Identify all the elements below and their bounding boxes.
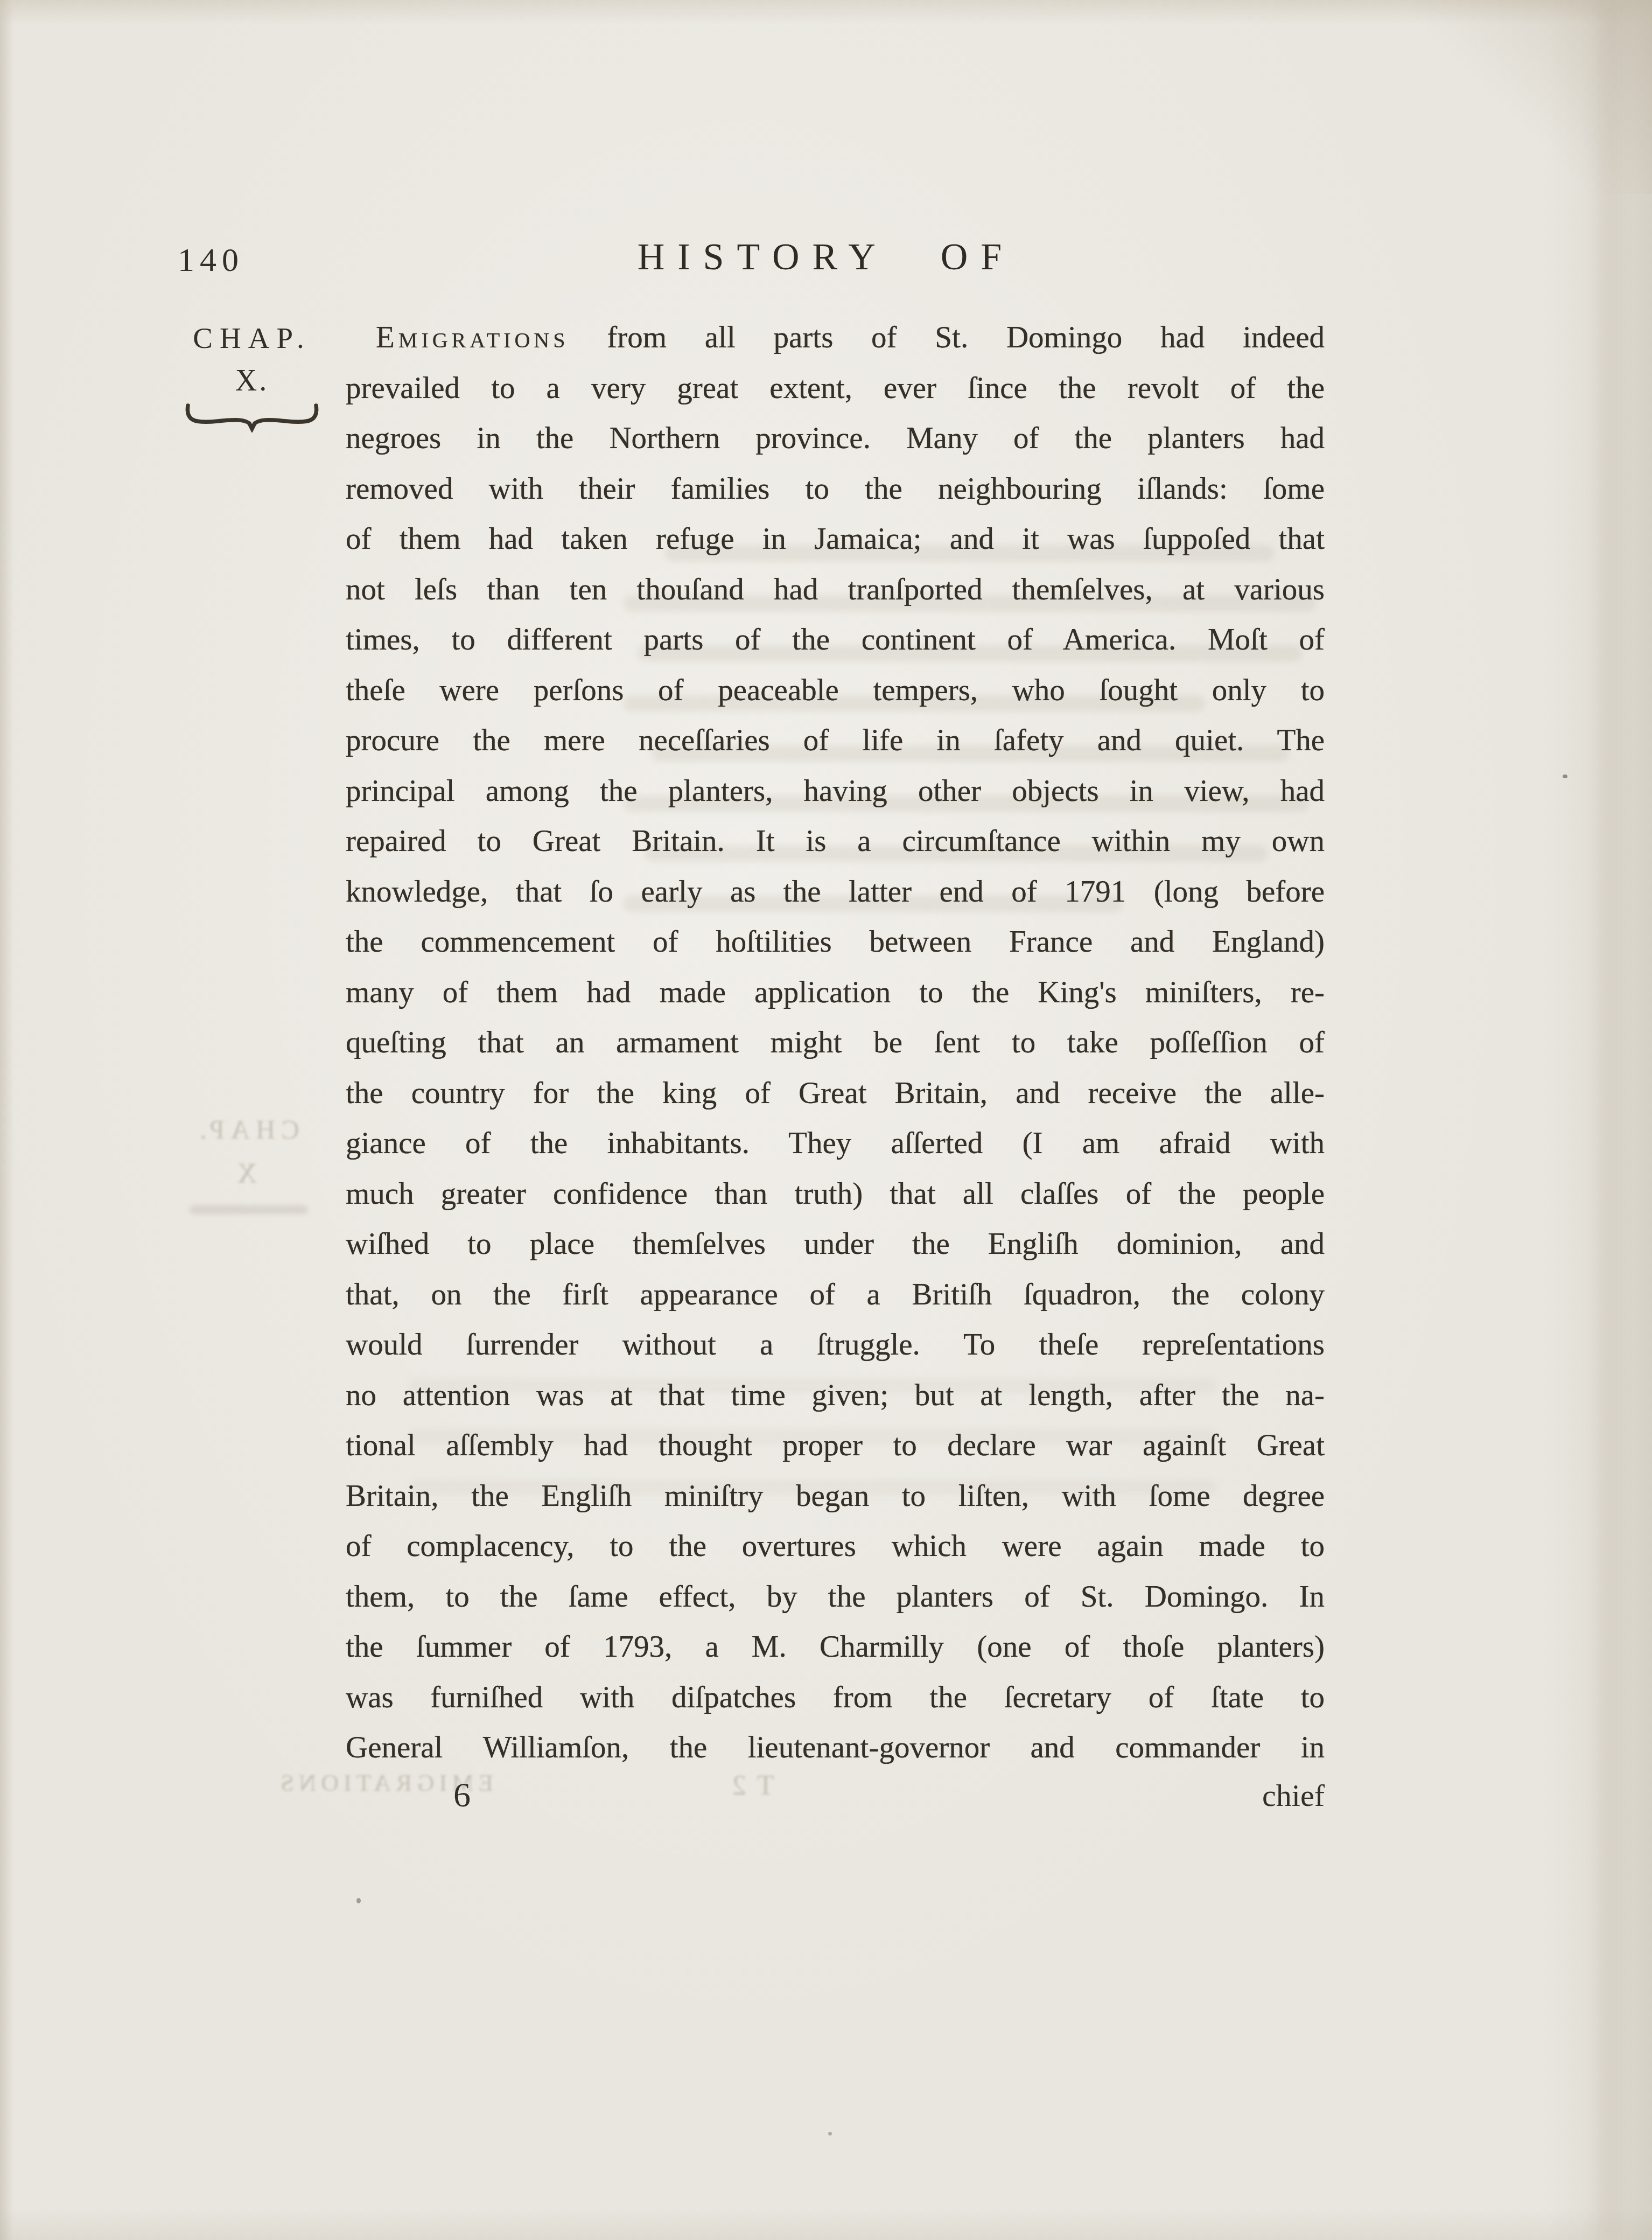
bleedthrough-chapter-note: CHAP. X [175, 1114, 318, 1190]
book-page-scan: 140 HISTORY OF CHAP. X. CHAP. X EMIGRATI… [0, 0, 1652, 2240]
paragraph-lead-rest: from all parts of St. Domingo had indeed [569, 320, 1325, 354]
body-text-line: not leſs than ten thouſand had tranſport… [346, 564, 1325, 615]
body-text-line: no attention was at that time given; but… [346, 1370, 1325, 1421]
body-text-line: removed with their families to the neigh… [346, 464, 1325, 514]
body-text-lines: prevailed to a very great extent, ever ſ… [346, 363, 1325, 1773]
body-text-line: Britain, the Engliſh miniſtry began to l… [346, 1471, 1325, 1522]
body-text-line: would ſurrender without a ſtruggle. To t… [346, 1320, 1325, 1370]
body-text-line: principal among the planters, having oth… [346, 766, 1325, 817]
body-text-line: many of them had made application to the… [346, 967, 1325, 1018]
paragraph-lead-word: Emigrations [376, 320, 569, 354]
body-text-line: the country for the king of Great Britai… [346, 1068, 1325, 1119]
chapter-number: X. [179, 364, 325, 398]
paper-speck [1563, 774, 1567, 778]
body-text-line: procure the mere neceſſaries of life in … [346, 715, 1325, 766]
body-text-line: was furniſhed with diſpatches from the ſ… [346, 1672, 1325, 1723]
body-text-line: wiſhed to place themſelves under the Eng… [346, 1219, 1325, 1269]
body-text-line: of them had taken refuge in Jamaica; and… [346, 514, 1325, 564]
body-text-line: queſting that an armament might be ſent … [346, 1017, 1325, 1068]
body-text-line: times, to different parts of the contine… [346, 615, 1325, 665]
body-text-line: repaired to Great Britain. It is a circu… [346, 816, 1325, 867]
bleedthrough-brace [190, 1205, 308, 1214]
catchword: chief [346, 1777, 1325, 1813]
body-text-line: tional aſſembly had thought proper to de… [346, 1420, 1325, 1471]
body-text: Emigrations from all parts of St. Doming… [346, 312, 1325, 1773]
body-text-line: negroes in the Northern province. Many o… [346, 413, 1325, 464]
chapter-margin-note: CHAP. X. [179, 321, 325, 435]
body-text-line: the commencement of hoſtilities between … [346, 917, 1325, 967]
paper-speck [828, 2132, 832, 2136]
body-text-line: Emigrations from all parts of St. Doming… [346, 312, 1325, 363]
bleedthrough-chapter-number: X [175, 1158, 318, 1190]
running-header: HISTORY OF [0, 236, 1652, 279]
body-text-line: General Williamſon, the lieutenant-gover… [346, 1722, 1325, 1773]
page-edge-shadow [1598, 0, 1622, 2240]
horizontal-brace-icon [179, 399, 325, 435]
body-text-line: them, to the ſame effect, by the planter… [346, 1572, 1325, 1622]
body-text-line: much greater confidence than truth) that… [346, 1169, 1325, 1219]
body-text-line: giance of the inhabitants. They aſſerted… [346, 1118, 1325, 1169]
body-text-line: theſe were perſons of peaceable tempers,… [346, 665, 1325, 716]
body-text-line: that, on the firſt appearance of a Briti… [346, 1269, 1325, 1320]
body-text-line: knowledge, that ſo early as the latter e… [346, 867, 1325, 917]
bleedthrough-chapter-label: CHAP. [194, 1114, 299, 1145]
body-text-line: prevailed to a very great extent, ever ſ… [346, 363, 1325, 414]
body-text-line: of complacency, to the overtures which w… [346, 1521, 1325, 1572]
paper-speck [356, 1898, 361, 1903]
body-text-line: the ſummer of 1793, a M. Charmilly (one … [346, 1622, 1325, 1672]
chapter-label: CHAP. [179, 321, 325, 355]
